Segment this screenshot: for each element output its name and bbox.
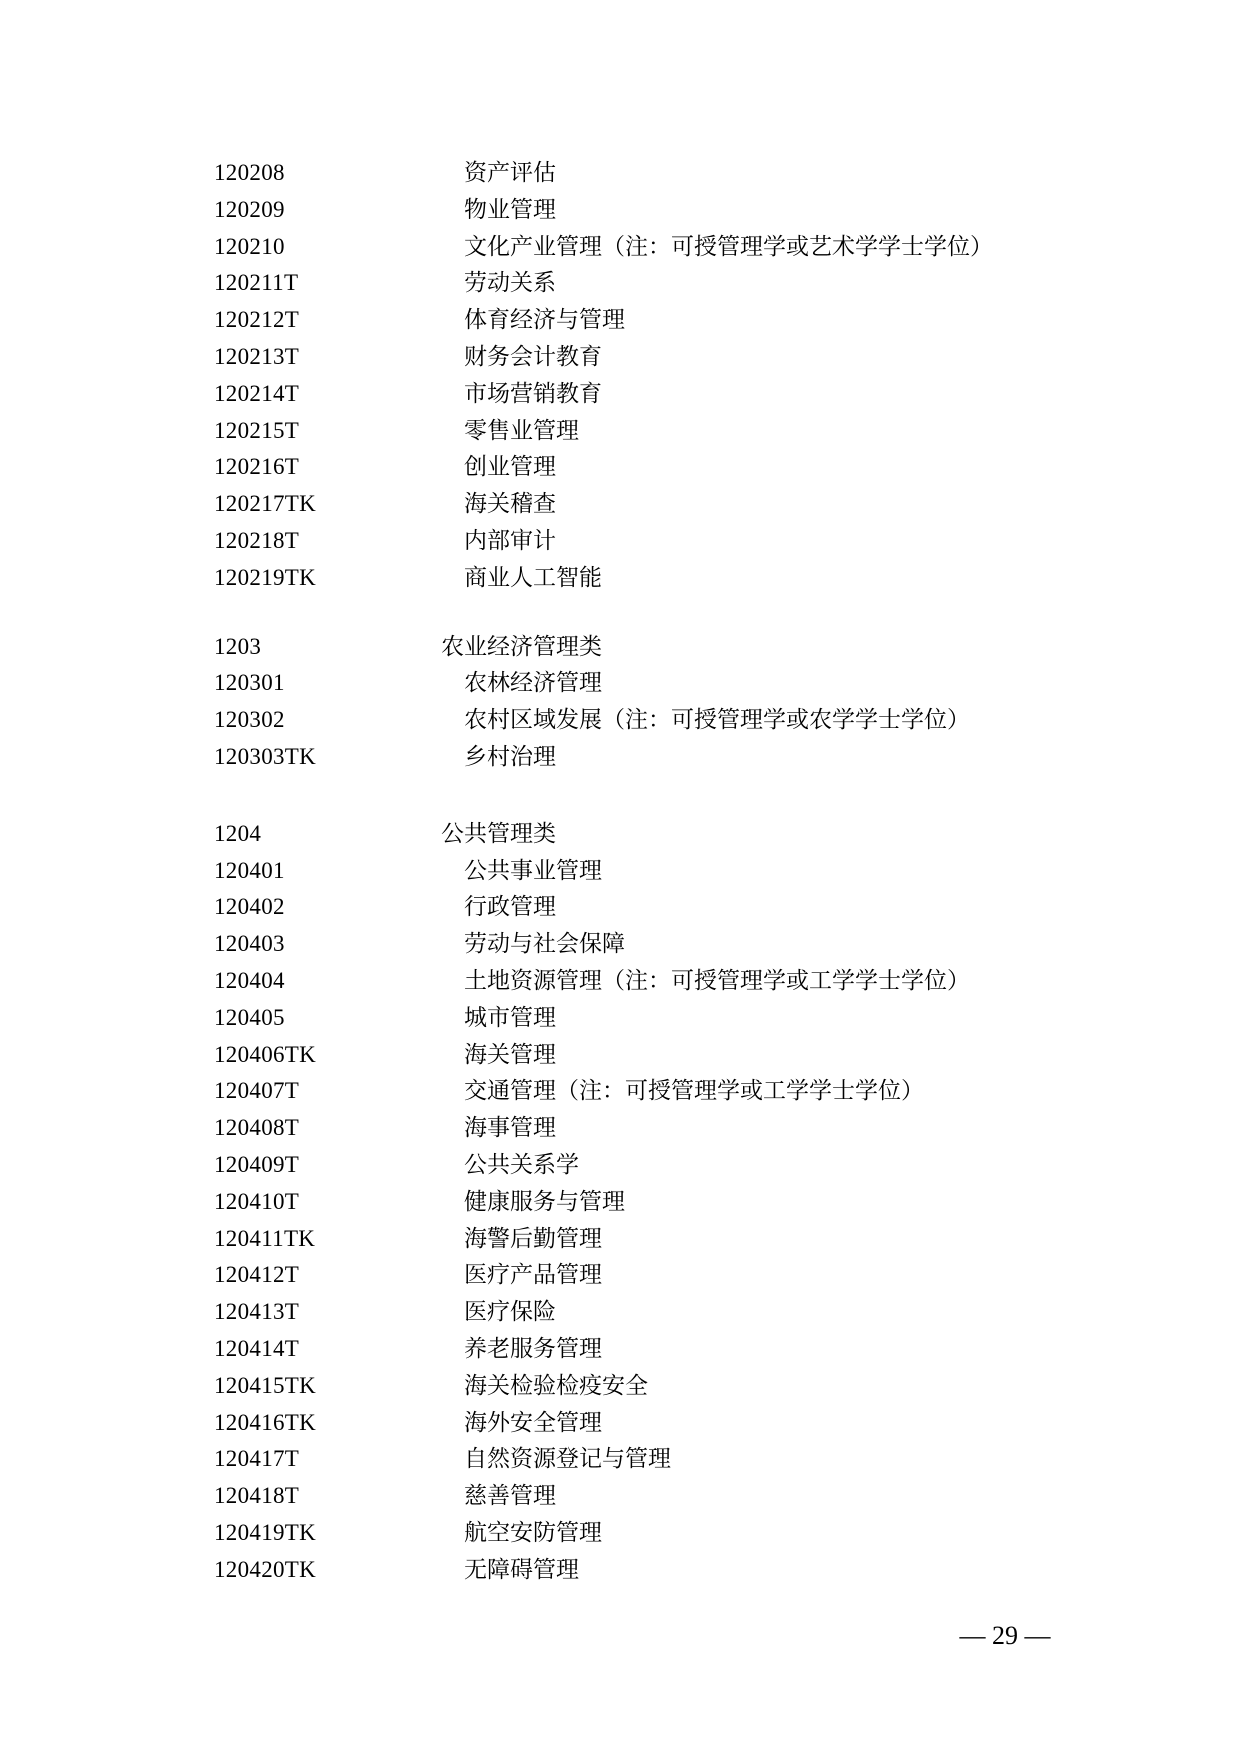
catalog-section: 120208 资产评估 120209 物业管理 120210 文化产业管理（注：…	[0, 155, 1241, 597]
major-code: 120411TK	[214, 1221, 315, 1258]
major-code: 120219TK	[214, 560, 316, 597]
major-code: 120217TK	[214, 486, 316, 523]
catalog-row: 120418T 慈善管理	[0, 1478, 1241, 1515]
major-name: 城市管理	[464, 1000, 556, 1037]
major-code: 120413T	[214, 1294, 299, 1331]
major-name: 体育经济与管理	[464, 302, 625, 339]
major-name: 农村区域发展（注：可授管理学或农学学士学位）	[464, 702, 970, 739]
major-name: 慈善管理	[464, 1478, 556, 1515]
category-name: 农业经济管理类	[441, 629, 602, 666]
major-code: 120209	[214, 192, 285, 229]
major-code: 120213T	[214, 339, 299, 376]
major-code: 120301	[214, 665, 285, 702]
catalog-row: 120217TK 海关稽查	[0, 486, 1241, 523]
catalog-row: 120404 土地资源管理（注：可授管理学或工学学士学位）	[0, 963, 1241, 1000]
major-name: 健康服务与管理	[464, 1184, 625, 1221]
major-name: 行政管理	[464, 889, 556, 926]
catalog-row: 120301 农林经济管理	[0, 665, 1241, 702]
category-name: 公共管理类	[441, 816, 556, 853]
catalog-row: 120406TK 海关管理	[0, 1037, 1241, 1074]
catalog-row: 120417T 自然资源登记与管理	[0, 1441, 1241, 1478]
major-code: 120215T	[214, 413, 299, 450]
catalog-row: 120414T 养老服务管理	[0, 1331, 1241, 1368]
category-row: 1203 农业经济管理类	[0, 629, 1241, 666]
catalog-row: 120212T 体育经济与管理	[0, 302, 1241, 339]
major-name: 海事管理	[464, 1110, 556, 1147]
catalog-row: 120401 公共事业管理	[0, 853, 1241, 890]
catalog-row: 120402 行政管理	[0, 889, 1241, 926]
catalog-row: 120408T 海事管理	[0, 1110, 1241, 1147]
major-code: 120415TK	[214, 1368, 316, 1405]
major-code: 120410T	[214, 1184, 299, 1221]
major-code: 120401	[214, 853, 285, 890]
major-name: 物业管理	[464, 192, 556, 229]
major-code: 120412T	[214, 1257, 299, 1294]
major-code: 120417T	[214, 1441, 299, 1478]
major-code: 120409T	[214, 1147, 299, 1184]
category-row: 1204 公共管理类	[0, 816, 1241, 853]
major-code: 120408T	[214, 1110, 299, 1147]
major-code: 120218T	[214, 523, 299, 560]
catalog-section: 1203 农业经济管理类 120301 农林经济管理 120302 农村区域发展…	[0, 629, 1241, 776]
major-code: 120414T	[214, 1331, 299, 1368]
major-name: 市场营销教育	[464, 376, 602, 413]
catalog-row: 120403 劳动与社会保障	[0, 926, 1241, 963]
major-name: 海关检验检疫安全	[464, 1368, 648, 1405]
catalog-row: 120416TK 海外安全管理	[0, 1405, 1241, 1442]
major-code: 120418T	[214, 1478, 299, 1515]
major-name: 无障碍管理	[464, 1552, 579, 1589]
catalog-row: 120210 文化产业管理（注：可授管理学或艺术学学士学位）	[0, 229, 1241, 266]
major-name: 海关稽查	[464, 486, 556, 523]
major-code: 120302	[214, 702, 285, 739]
page-number: — 29 —	[940, 1618, 1070, 1654]
catalog-row: 120413T 医疗保险	[0, 1294, 1241, 1331]
major-name: 乡村治理	[464, 739, 556, 776]
catalog-row: 120407T 交通管理（注：可授管理学或工学学士学位）	[0, 1073, 1241, 1110]
catalog-row: 120216T 创业管理	[0, 449, 1241, 486]
major-name: 医疗产品管理	[464, 1257, 602, 1294]
major-name: 海警后勤管理	[464, 1221, 602, 1258]
catalog-row: 120303TK 乡村治理	[0, 739, 1241, 776]
major-name: 公共关系学	[464, 1147, 579, 1184]
major-name: 劳动与社会保障	[464, 926, 625, 963]
major-code: 120402	[214, 889, 285, 926]
catalog-row: 120211T 劳动关系	[0, 265, 1241, 302]
major-name: 内部审计	[464, 523, 556, 560]
major-code: 120416TK	[214, 1405, 316, 1442]
major-code: 120405	[214, 1000, 285, 1037]
major-name: 资产评估	[464, 155, 556, 192]
catalog-row: 120215T 零售业管理	[0, 413, 1241, 450]
document-page: 120208 资产评估 120209 物业管理 120210 文化产业管理（注：…	[0, 0, 1241, 1755]
major-name: 海外安全管理	[464, 1405, 602, 1442]
catalog-list: 120208 资产评估 120209 物业管理 120210 文化产业管理（注：…	[0, 155, 1241, 1588]
catalog-row: 120411TK 海警后勤管理	[0, 1221, 1241, 1258]
major-code: 120403	[214, 926, 285, 963]
catalog-row: 120218T 内部审计	[0, 523, 1241, 560]
catalog-row: 120419TK 航空安防管理	[0, 1515, 1241, 1552]
catalog-row: 120213T 财务会计教育	[0, 339, 1241, 376]
major-name: 劳动关系	[464, 265, 556, 302]
catalog-row: 120405 城市管理	[0, 1000, 1241, 1037]
catalog-row: 120415TK 海关检验检疫安全	[0, 1368, 1241, 1405]
major-name: 文化产业管理（注：可授管理学或艺术学学士学位）	[464, 229, 993, 266]
major-code: 120214T	[214, 376, 299, 413]
major-name: 创业管理	[464, 449, 556, 486]
major-code: 120404	[214, 963, 285, 1000]
major-name: 商业人工智能	[464, 560, 602, 597]
major-code: 120210	[214, 229, 285, 266]
major-code: 120407T	[214, 1073, 299, 1110]
catalog-row: 120409T 公共关系学	[0, 1147, 1241, 1184]
major-name: 财务会计教育	[464, 339, 602, 376]
major-name: 零售业管理	[464, 413, 579, 450]
catalog-row: 120302 农村区域发展（注：可授管理学或农学学士学位）	[0, 702, 1241, 739]
major-name: 海关管理	[464, 1037, 556, 1074]
major-code: 120216T	[214, 449, 299, 486]
catalog-section: 1204 公共管理类 120401 公共事业管理 120402 行政管理 120…	[0, 816, 1241, 1589]
major-code: 120211T	[214, 265, 298, 302]
major-code: 120212T	[214, 302, 299, 339]
major-name: 交通管理（注：可授管理学或工学学士学位）	[464, 1073, 924, 1110]
category-code: 1204	[214, 816, 261, 853]
catalog-row: 120420TK 无障碍管理	[0, 1552, 1241, 1589]
major-code: 120420TK	[214, 1552, 316, 1589]
major-name: 公共事业管理	[464, 853, 602, 890]
catalog-row: 120209 物业管理	[0, 192, 1241, 229]
catalog-row: 120208 资产评估	[0, 155, 1241, 192]
catalog-row: 120410T 健康服务与管理	[0, 1184, 1241, 1221]
major-code: 120208	[214, 155, 285, 192]
major-name: 农林经济管理	[464, 665, 602, 702]
catalog-row: 120219TK 商业人工智能	[0, 560, 1241, 597]
major-code: 120419TK	[214, 1515, 316, 1552]
major-code: 120406TK	[214, 1037, 316, 1074]
major-code: 120303TK	[214, 739, 316, 776]
major-name: 医疗保险	[464, 1294, 556, 1331]
major-name: 养老服务管理	[464, 1331, 602, 1368]
catalog-row: 120214T 市场营销教育	[0, 376, 1241, 413]
category-code: 1203	[214, 629, 261, 666]
catalog-row: 120412T 医疗产品管理	[0, 1257, 1241, 1294]
major-name: 航空安防管理	[464, 1515, 602, 1552]
major-name: 土地资源管理（注：可授管理学或工学学士学位）	[464, 963, 970, 1000]
major-name: 自然资源登记与管理	[464, 1441, 671, 1478]
